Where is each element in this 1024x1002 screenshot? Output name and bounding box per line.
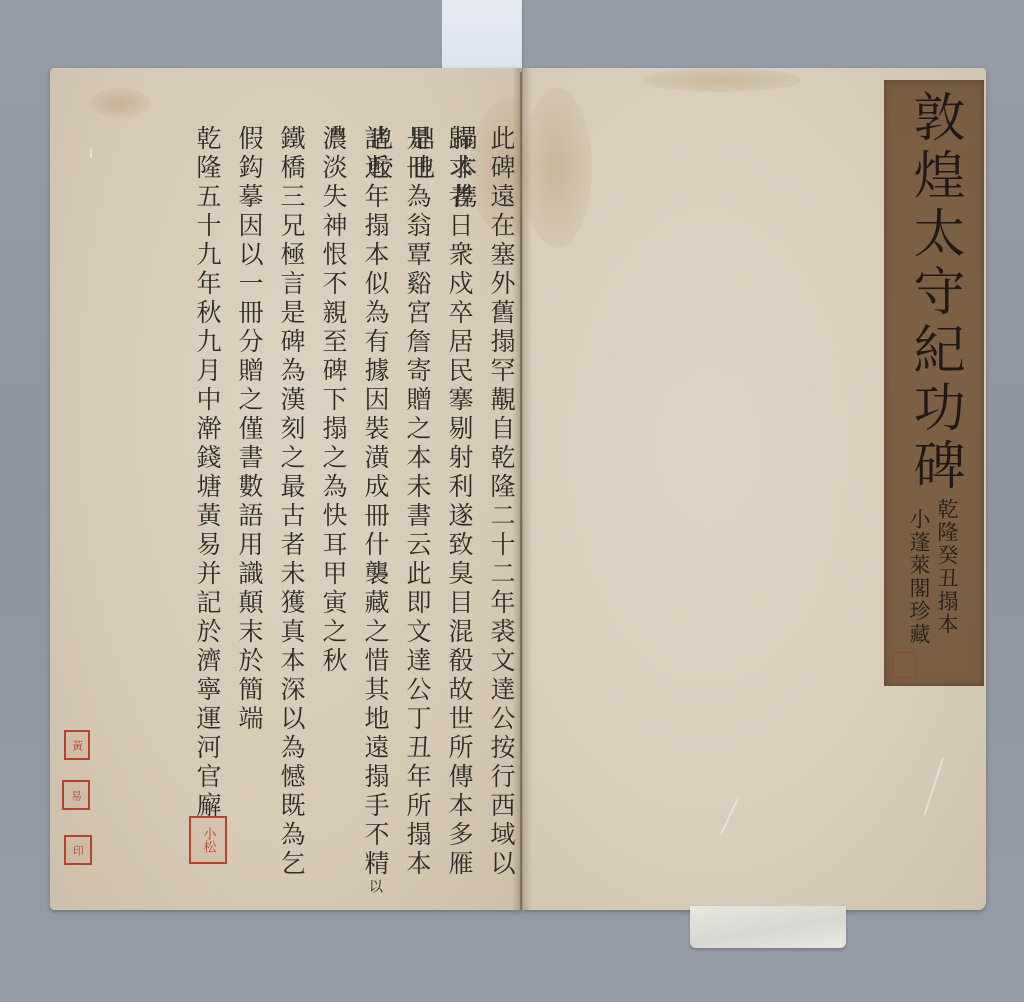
stain: [522, 88, 592, 248]
seal-top: 黃: [64, 730, 90, 760]
stain: [90, 88, 150, 118]
text-column-3: 是冊為翁覃谿宮詹寄贈之本未書云此即文達公丁丑年所搨本也較: [398, 125, 436, 905]
paper-crack: [90, 148, 92, 158]
label-subtitle-date: 乾隆癸丑搨本: [934, 498, 960, 636]
text-column-8: 乾隆五十九年秋九月中澣錢塘黃易并記於濟寧運河官廨: [188, 125, 226, 905]
seal-bottom: 印: [64, 835, 92, 865]
top-paper-slip: [442, 0, 522, 72]
text-column-4: 諸近年搨本似為有據因裝潢成冊什襲藏之惜其地遠搨手不精以致: [356, 125, 394, 905]
title-text: 敦煌太守紀功碑: [894, 90, 974, 496]
text-column-7: 假鈎摹因以一冊分贈之僅書數語用識顛末於簡端: [230, 125, 268, 905]
label-subtitle-collection: 小蓬萊閣珍藏: [906, 508, 932, 646]
bottom-paper-slip: [690, 906, 846, 948]
seal-middle: 易: [62, 780, 90, 810]
text-column-1: 此碑遠在塞外舊搨罕覯自乾隆二十二年裘文達公按行西域以搨本携: [482, 125, 520, 905]
text-column-2: 歸求者日衆戍卒居民搴剔射利遂致臭目混殽故世所傳本多雁鼎也: [440, 125, 478, 905]
title-label: 敦煌太守紀功碑 乾隆癸丑搨本 小蓬萊閣珍藏: [884, 80, 984, 686]
paper-crack: [923, 758, 943, 816]
text-column-4-body: 諸近年搨本似為有據因裝潢成冊什襲藏之惜其地遠搨手不精: [361, 125, 390, 879]
label-seal: [892, 652, 916, 678]
stain: [642, 68, 802, 92]
text-column-6: 鐵橋三兄極言是碑為漢刻之最古者未獲真本深以為憾既為乞: [272, 125, 310, 905]
signature-seal: 小松: [189, 816, 227, 864]
text-column-5: 濃淡失神恨不親至碑下搨之為快耳甲寅之秋: [314, 125, 352, 905]
colophon-text: 此碑遠在塞外舊搨罕覯自乾隆二十二年裘文達公按行西域以搨本携 歸求者日衆戍卒居民搴…: [180, 125, 520, 905]
paper-crack: [720, 798, 739, 835]
